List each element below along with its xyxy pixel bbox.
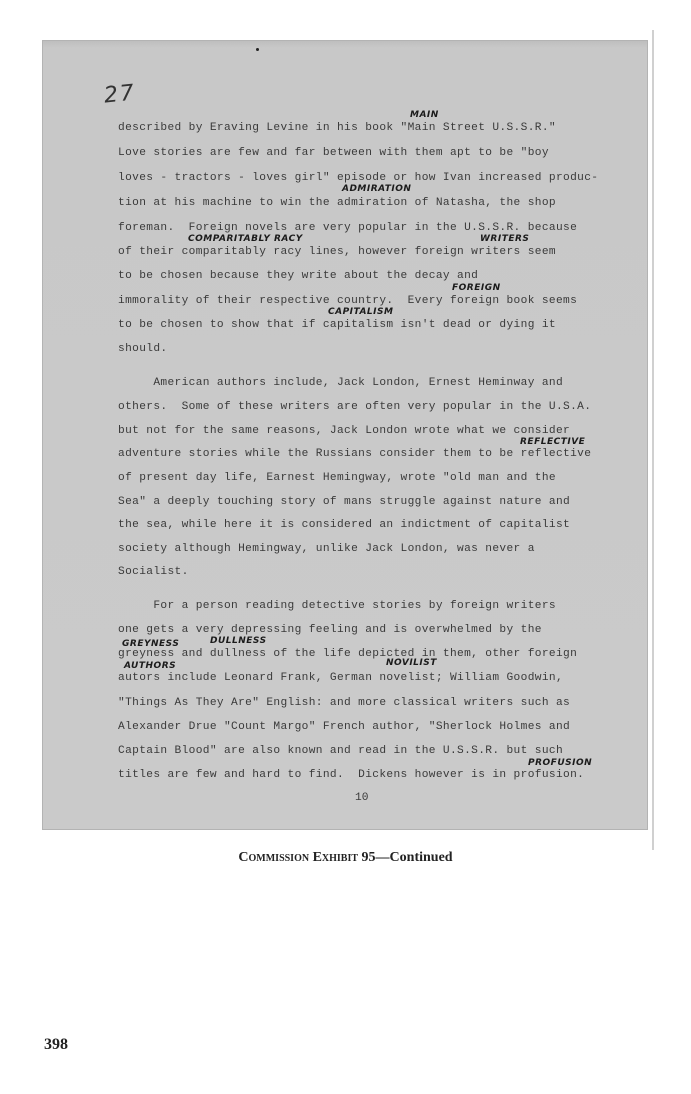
annotation-foreign: FOREIGN: [452, 283, 501, 293]
typed-line: greyness and dullness of the life depict…: [118, 648, 577, 660]
annotation-admiration: ADMIRATION: [342, 184, 411, 194]
typed-line: tion at his machine to win the admiratio…: [118, 197, 556, 209]
typed-line: Captain Blood" are also known and read i…: [118, 745, 563, 757]
annotation-comparitably-racy: COMPARITABLY RACY: [188, 234, 303, 244]
typed-line: foreman. Foreign novels are very popular…: [118, 222, 577, 234]
exhibit-caption: Commission Exhibit 95—Continued: [0, 850, 691, 866]
typed-line: society although Hemingway, unlike Jack …: [118, 543, 535, 555]
typed-line: of present day life, Earnest Hemingway, …: [118, 472, 556, 484]
typed-line: but not for the same reasons, Jack Londo…: [118, 425, 570, 437]
typed-line: to be chosen to show that if capitalism …: [118, 319, 556, 331]
caption-label: Commission Exhibit 95: [238, 850, 375, 865]
typed-line: immorality of their respective country. …: [118, 295, 577, 307]
annotation-reflective: REFLECTIVE: [520, 437, 585, 447]
typed-line: others. Some of these writers are often …: [118, 401, 591, 413]
annotation-dullness: DULLNESS: [210, 636, 267, 646]
caption-suffix: —Continued: [376, 850, 453, 865]
typed-line: Socialist.: [118, 566, 189, 578]
typed-line: of their comparitably racy lines, howeve…: [118, 246, 556, 258]
typed-line: Sea" a deeply touching story of mans str…: [118, 496, 570, 508]
typed-line: Love stories are few and far between wit…: [118, 147, 549, 159]
annotation-novilist: NOVILIST: [386, 658, 437, 668]
typed-line: described by Eraving Levine in his book …: [118, 122, 556, 134]
typed-line: the sea, while here it is considered an …: [118, 519, 570, 531]
typed-page-number: 10: [355, 792, 368, 804]
typed-line: titles are few and hard to find. Dickens…: [118, 769, 584, 781]
typed-line: "Things As They Are" English: and more c…: [118, 697, 570, 709]
annotation-writers: WRITERS: [480, 234, 529, 244]
annotation-profusion: PROFUSION: [528, 758, 592, 768]
typed-line: For a person reading detective stories b…: [118, 600, 556, 612]
typed-line: to be chosen because they write about th…: [118, 270, 478, 282]
annotation-authors: AUTHORS: [124, 661, 176, 671]
folio-page-number: 398: [44, 1036, 68, 1054]
typed-line: autors include Leonard Frank, German nov…: [118, 672, 563, 684]
typed-line: loves - tractors - loves girl" episode o…: [118, 172, 598, 184]
typed-line: Alexander Drue "Count Margo" French auth…: [118, 721, 570, 733]
typed-line: adventure stories while the Russians con…: [118, 448, 591, 460]
handwritten-page-number: 27: [103, 80, 137, 108]
annotation-main: MAIN: [410, 110, 439, 120]
annotation-capitalism: CAPITALISM: [328, 307, 393, 317]
typed-line: should.: [118, 343, 167, 355]
typed-line: American authors include, Jack London, E…: [118, 377, 563, 389]
typed-line: one gets a very depressing feeling and i…: [118, 624, 542, 636]
speck: [256, 48, 259, 51]
